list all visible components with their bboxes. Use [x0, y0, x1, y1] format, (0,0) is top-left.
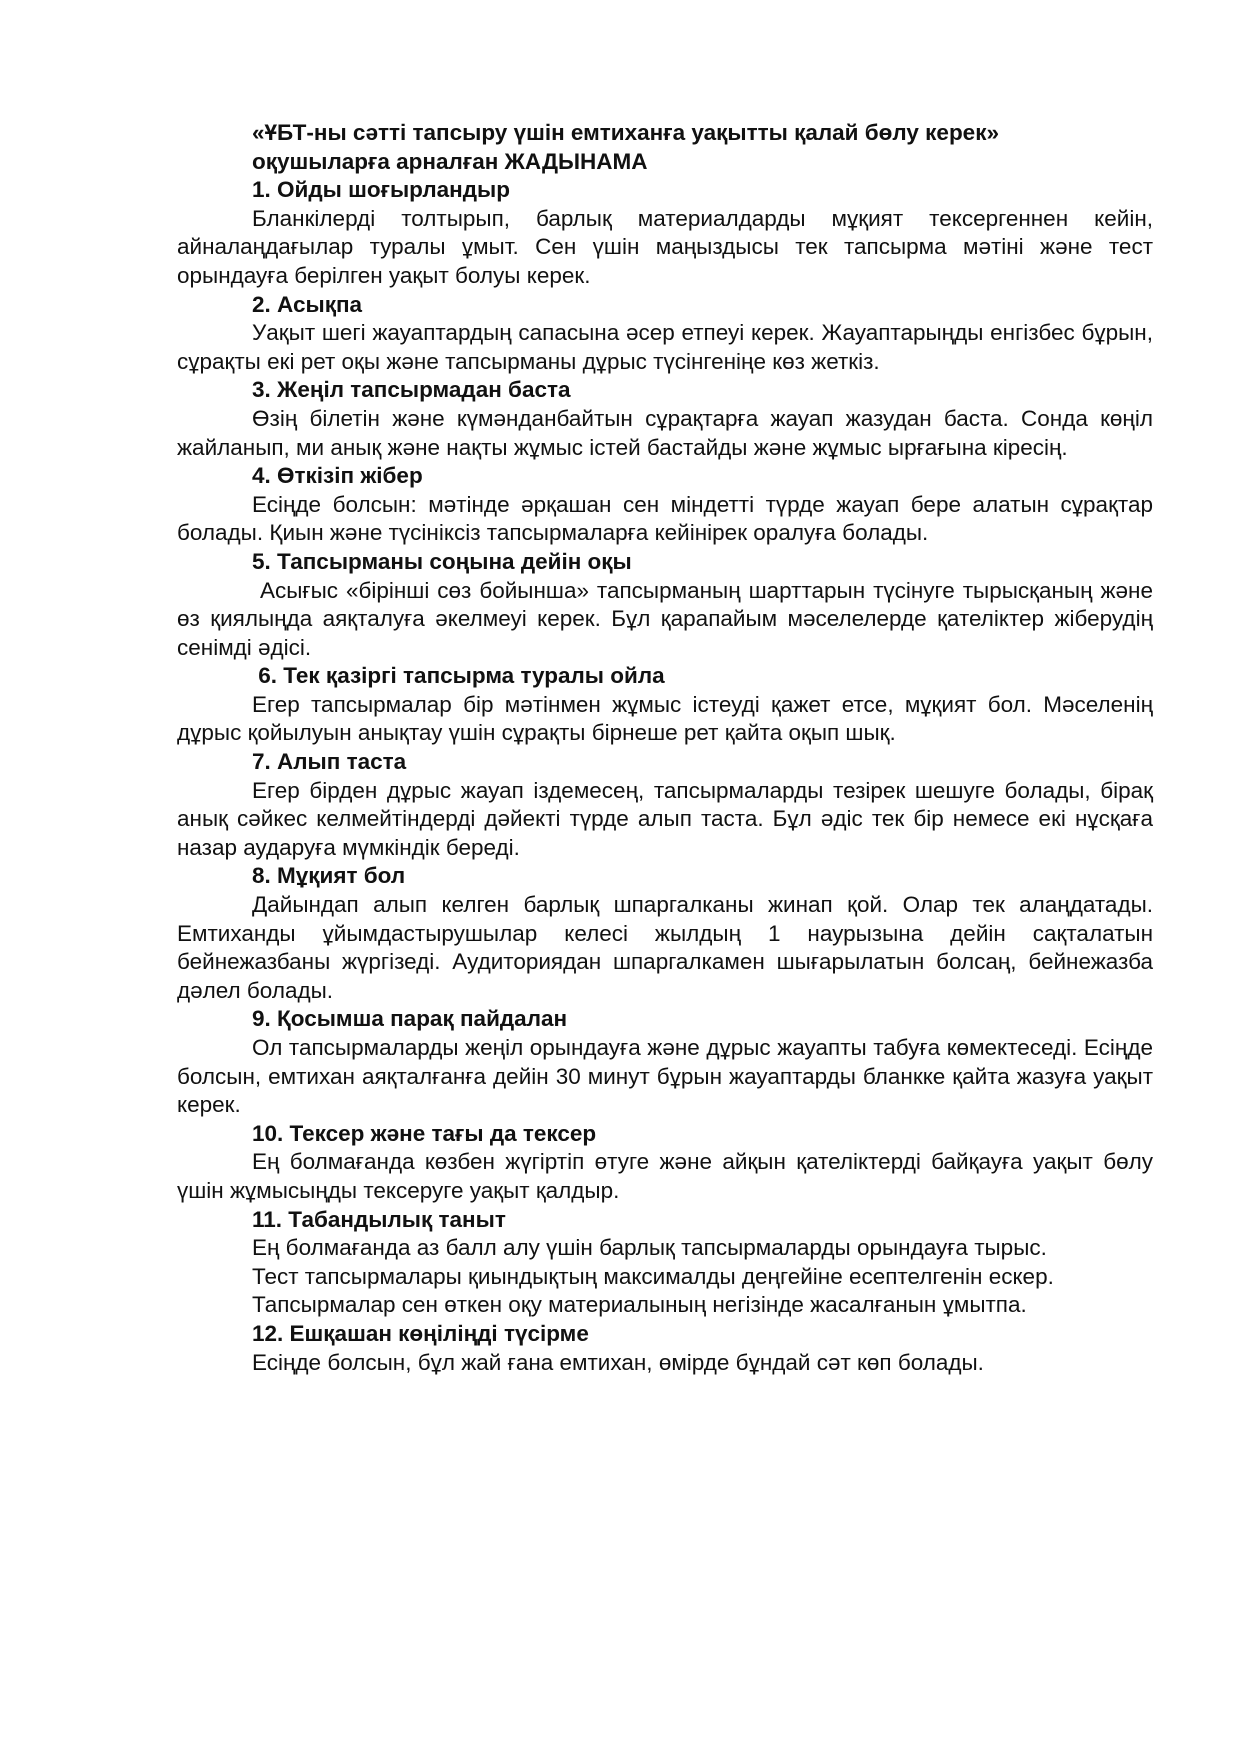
- memo-section-3: 3. Жеңіл тапсырмадан баста Өзің білетін …: [177, 376, 1153, 462]
- document-title-line-1: «ҰБТ-ны сәтті тапсыру үшін емтиханға уақ…: [177, 119, 1153, 148]
- section-heading: 4. Өткізіп жібер: [177, 462, 1153, 491]
- section-heading: 5. Тапсырманы соңына дейін оқы: [177, 548, 1153, 577]
- section-paragraph: Бланкілерді толтырып, барлық материалдар…: [177, 205, 1153, 291]
- section-heading: 3. Жеңіл тапсырмадан баста: [177, 376, 1153, 405]
- section-paragraph: Өзің білетін және күмәнданбайтын сұрақта…: [177, 405, 1153, 462]
- section-paragraph: Тапсырмалар сен өткен оқу материалының н…: [177, 1291, 1153, 1320]
- section-heading: 2. Асықпа: [177, 291, 1153, 320]
- section-paragraph: Егер тапсырмалар бір мәтінмен жұмыс істе…: [177, 691, 1153, 748]
- section-paragraph: Дайындап алып келген барлық шпаргалканы …: [177, 891, 1153, 1005]
- section-paragraph: Ең болмағанда көзбен жүгіртіп өтуге және…: [177, 1148, 1153, 1205]
- section-heading: 8. Мұқият бол: [177, 862, 1153, 891]
- section-paragraph: Уақыт шегі жауаптардың сапасына әсер етп…: [177, 319, 1153, 376]
- section-heading: 7. Алып таста: [177, 748, 1153, 777]
- section-paragraph: Тест тапсырмалары қиындықтың максималды …: [177, 1263, 1153, 1292]
- memo-section-8: 8. Мұқият бол Дайындап алып келген барлы…: [177, 862, 1153, 1005]
- section-heading: 10. Тексер және тағы да тексер: [177, 1120, 1153, 1149]
- section-paragraph: Ең болмағанда аз балл алу үшін барлық та…: [177, 1234, 1153, 1263]
- memo-section-10: 10. Тексер және тағы да тексер Ең болмағ…: [177, 1120, 1153, 1206]
- memo-section-5: 5. Тапсырманы соңына дейін оқы Асығыс «б…: [177, 548, 1153, 662]
- section-paragraph: Асығыс «бірінші сөз бойынша» тапсырманың…: [177, 577, 1153, 663]
- section-paragraph: Есіңде болсын: мәтінде әрқашан сен мінде…: [177, 491, 1153, 548]
- section-heading: 1. Ойды шоғырландыр: [177, 176, 1153, 205]
- section-heading: 9. Қосымша парақ пайдалан: [177, 1005, 1153, 1034]
- document-title-line-2: оқушыларға арналған ЖАДЫНАМА: [177, 148, 1153, 177]
- section-heading: 12. Ешқашан көңіліңді түсірме: [177, 1320, 1153, 1349]
- memo-section-4: 4. Өткізіп жібер Есіңде болсын: мәтінде …: [177, 462, 1153, 548]
- document-page: «ҰБТ-ны сәтті тапсыру үшін емтиханға уақ…: [177, 119, 1153, 1377]
- memo-section-6: 6. Тек қазіргі тапсырма туралы ойла Егер…: [177, 662, 1153, 748]
- memo-section-9: 9. Қосымша парақ пайдалан Ол тапсырмалар…: [177, 1005, 1153, 1119]
- memo-section-12: 12. Ешқашан көңіліңді түсірме Есіңде бол…: [177, 1320, 1153, 1377]
- section-heading: 11. Табандылық таныт: [177, 1206, 1153, 1235]
- section-paragraph: Есіңде болсын, бұл жай ғана емтихан, өмі…: [177, 1349, 1153, 1378]
- section-paragraph: Егер бірден дұрыс жауап іздемесең, тапсы…: [177, 777, 1153, 863]
- section-heading: 6. Тек қазіргі тапсырма туралы ойла: [177, 662, 1153, 691]
- sections-list: 1. Ойды шоғырландыр Бланкілерді толтырып…: [177, 176, 1153, 1377]
- memo-section-1: 1. Ойды шоғырландыр Бланкілерді толтырып…: [177, 176, 1153, 290]
- memo-section-7: 7. Алып таста Егер бірден дұрыс жауап із…: [177, 748, 1153, 862]
- section-paragraph: Ол тапсырмаларды жеңіл орындауға және дұ…: [177, 1034, 1153, 1120]
- memo-section-11: 11. Табандылық таныт Ең болмағанда аз ба…: [177, 1206, 1153, 1320]
- memo-section-2: 2. Асықпа Уақыт шегі жауаптардың сапасын…: [177, 291, 1153, 377]
